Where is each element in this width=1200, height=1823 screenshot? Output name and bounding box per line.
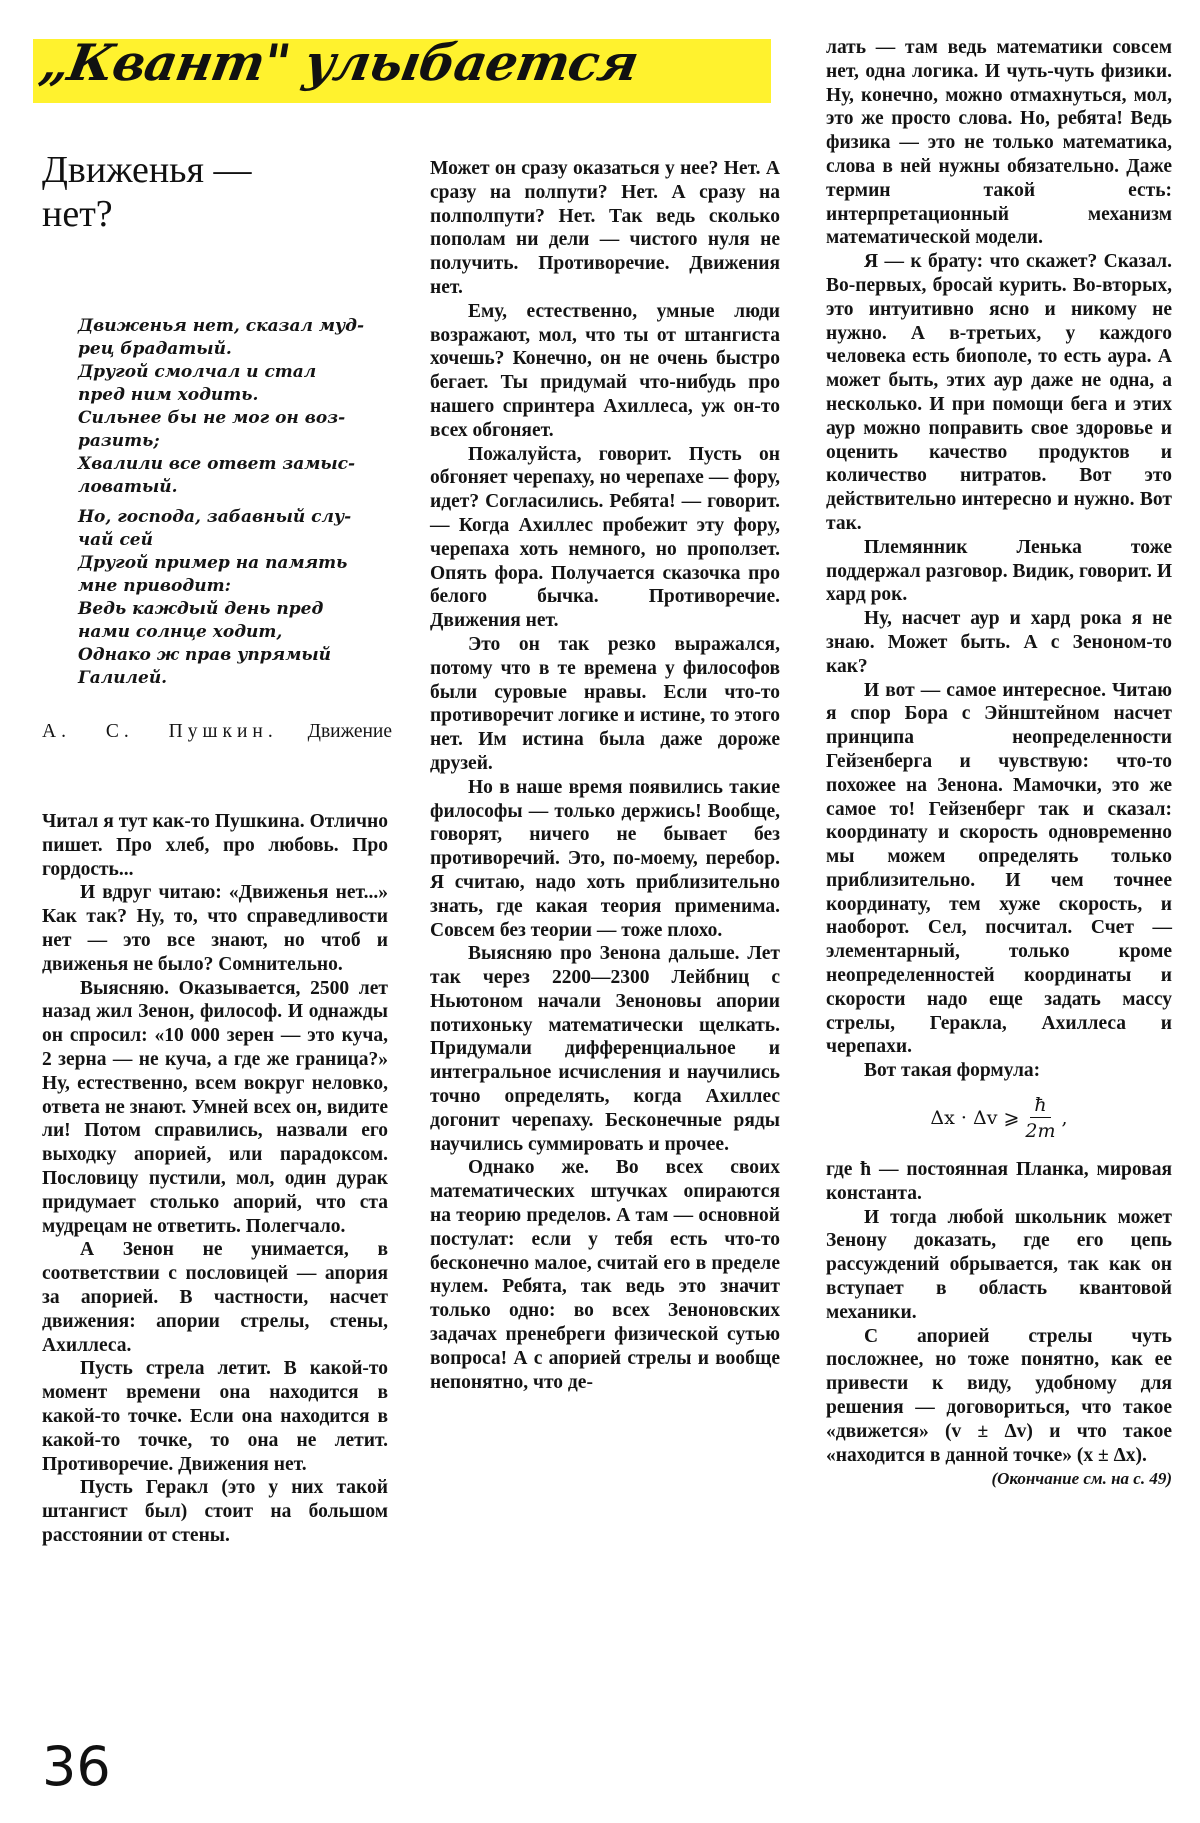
paragraph: И вдруг читаю: «Движенья нет...» Как так…	[42, 881, 388, 976]
poem-line: Другой смолчал и стал	[78, 361, 391, 384]
text-column-left: Читал я тут как-то Пушкина. Отлично пише…	[42, 810, 388, 1548]
formula-fraction: ħ 2m	[1025, 1093, 1055, 1144]
formula-denominator: 2m	[1025, 1118, 1055, 1144]
poem-line: мне приводит:	[78, 575, 391, 598]
paragraph: И вот — самое интересное. Читаю я спор Б…	[826, 679, 1172, 1060]
paragraph: Пожалуйста, говорит. Пусть он обгоняет ч…	[430, 443, 780, 633]
epigraph-attribution: А. С. Пушкин. Движение	[42, 720, 392, 744]
poem-line: разить;	[78, 430, 391, 453]
poem-line: Сильнее бы не мог он воз-	[78, 407, 391, 430]
paragraph: С апорией стрелы чуть посложнее, но тоже…	[826, 1325, 1172, 1468]
formula-trail: ,	[1062, 1107, 1068, 1131]
poem-line: Другой пример на память	[78, 552, 391, 575]
epigraph-stanza-1: Движенья нет, сказал муд- рец брадатый. …	[78, 315, 391, 499]
poem-line: чай сей	[78, 529, 391, 552]
section-banner-title: „Квант" улыбается	[36, 33, 643, 92]
formula-lhs: Δx · Δv ⩾	[930, 1107, 1019, 1131]
paragraph: лать — там ведь математики совсем нет, о…	[826, 36, 1172, 250]
text-column-right: лать — там ведь математики совсем нет, о…	[826, 36, 1172, 1491]
poem-line: нами солнце ходит,	[78, 621, 391, 644]
uncertainty-formula: Δx · Δv ⩾ ħ 2m ,	[826, 1093, 1172, 1144]
poem-line: пред ним ходить.	[78, 384, 391, 407]
paragraph: Выясняю. Оказывается, 2500 лет назад жил…	[42, 977, 388, 1239]
poem-line: Но, господа, забавный слу-	[78, 506, 391, 529]
poem-line: Движенья нет, сказал муд-	[78, 315, 391, 338]
poem-line: Хвалили все ответ замыс-	[78, 453, 391, 476]
paragraph: Может он сразу оказаться у нее? Нет. А с…	[430, 157, 780, 300]
poem-line: Однако ж прав упрямый	[78, 644, 391, 667]
poem-line: ловатый.	[78, 476, 391, 499]
epigraph-stanza-2: Но, господа, забавный слу- чай сей Друго…	[78, 506, 391, 690]
text-column-middle: Может он сразу оказаться у нее? Нет. А с…	[430, 157, 780, 1394]
paragraph: Это он так резко выражался, потому что в…	[430, 633, 780, 776]
epigraph-author: А. С. Пушкин.	[42, 721, 278, 742]
formula-numerator: ħ	[1030, 1093, 1050, 1118]
paragraph: Читал я тут как-то Пушкина. Отлично пише…	[42, 810, 388, 881]
paragraph: А Зенон не унимается, в соответствии с п…	[42, 1238, 388, 1357]
paragraph: Пусть стрела летит. В какой-то момент вр…	[42, 1357, 388, 1476]
paragraph: Я — к брату: что скажет? Сказал. Во-перв…	[826, 250, 1172, 536]
epigraph-poem: Движенья нет, сказал муд- рец брадатый. …	[78, 315, 391, 697]
paragraph: где ħ — постоянная Планка, мировая конст…	[826, 1158, 1172, 1206]
paragraph: Но в наше время появились такие философы…	[430, 776, 780, 943]
page-number: 36	[42, 1737, 111, 1797]
epigraph-source: Движение	[308, 721, 392, 742]
paragraph: Ну, насчет аур и хард рока я не знаю. Мо…	[826, 607, 1172, 678]
article-title: Движенья — нет?	[42, 148, 251, 236]
continuation-note: (Окончание см. на с. 49)	[826, 1467, 1172, 1491]
poem-line: Ведь каждый день пред	[78, 598, 391, 621]
paragraph: Однако же. Во всех своих математических …	[430, 1156, 780, 1394]
paragraph: Выясняю про Зенона дальше. Лет так через…	[430, 942, 780, 1156]
poem-line: рец брадатый.	[78, 338, 391, 361]
article-title-line2: нет?	[42, 192, 251, 236]
section-banner: „Квант" улыбается	[33, 39, 771, 103]
paragraph: Пусть Геракл (это у них такой штангист б…	[42, 1476, 388, 1547]
paragraph: И тогда любой школьник может Зенону дока…	[826, 1206, 1172, 1325]
article-title-line1: Движенья —	[42, 148, 251, 192]
poem-line: Галилей.	[78, 667, 391, 690]
paragraph: Племянник Ленька тоже поддержал разговор…	[826, 536, 1172, 607]
paragraph: Вот такая формула:	[826, 1059, 1172, 1083]
paragraph: Ему, естественно, умные люди возражают, …	[430, 300, 780, 443]
